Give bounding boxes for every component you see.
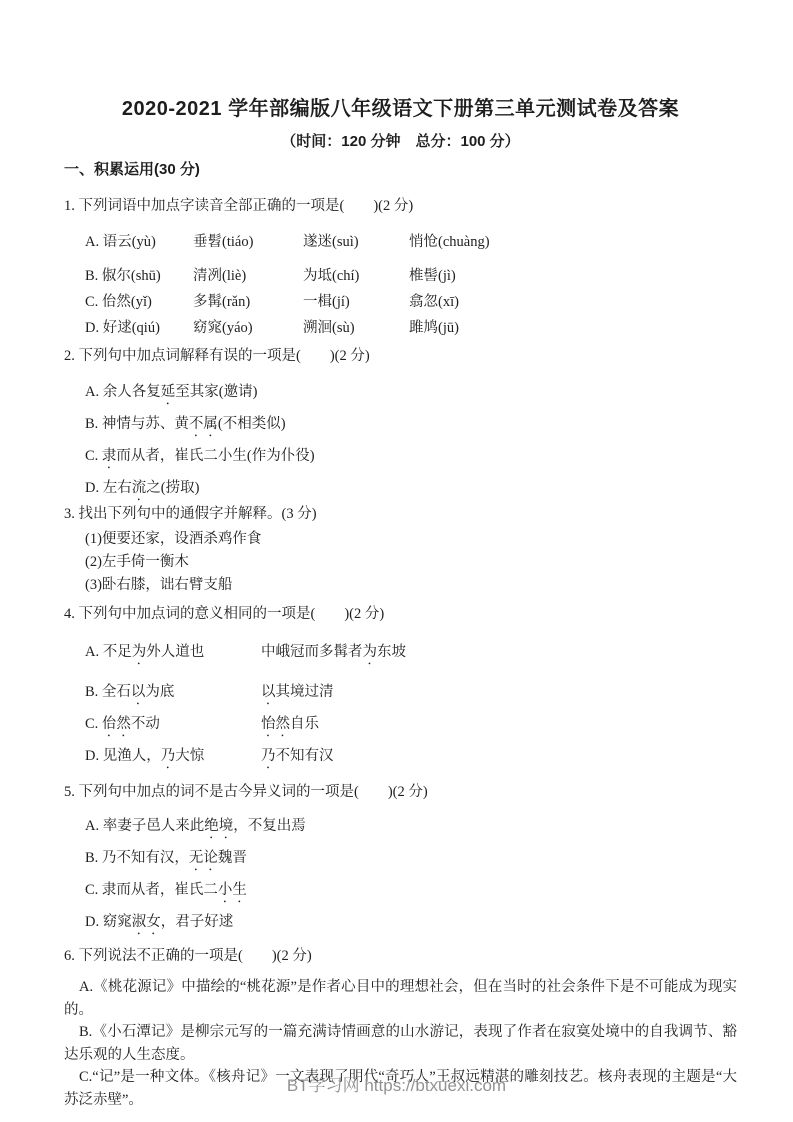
exam-document-page: 2020-2021 学年部编版八年级语文下册第三单元测试卷及答案 （时间：120…	[0, 0, 793, 1122]
question-5-option-b: B. 乃不知有汉，无论魏晋	[85, 848, 737, 874]
emphasized-chars: 以	[261, 684, 276, 700]
emphasized-chars: 不属	[189, 416, 218, 432]
question-1-option-a: A. 语云(yù) 垂髫(tiáo) 遂迷(suì) 悄怆(chuàng)	[85, 232, 737, 252]
section-1-heading: 一、积累运用(30 分)	[64, 160, 737, 180]
question-5-stem: 5. 下列句中加点的词不是古今异义词的一项是( )(2 分)	[64, 782, 737, 802]
emphasized-chars: 隶	[102, 448, 117, 464]
question-3: 3. 找出下列句中的通假字并解释。(3 分) (1)便要还家，设酒杀鸡作食 (2…	[64, 504, 737, 596]
option-d-word-2: 窈窕(yáo)	[193, 318, 303, 338]
option-d-word-1: D. 好逑(qiú)	[85, 318, 193, 338]
watermark-footer: BT学习网 https://btxuexi.com	[0, 1071, 793, 1096]
emphasized-chars: 以	[131, 684, 146, 700]
question-5-option-c: C. 隶而从者，崔氏二小生	[85, 880, 737, 906]
question-5-option-a: A. 率妻子邑人来此绝境，不复出焉	[85, 816, 737, 842]
question-1-option-d: D. 好逑(qiú) 窈窕(yáo) 溯洄(sù) 雎鸠(jū)	[85, 318, 737, 338]
question-4: 4. 下列句中加点词的意义相同的一项是( )(2 分) A. 不足为外人道也 中…	[64, 604, 737, 772]
emphasized-chars: 为	[132, 644, 147, 660]
question-3-item-2: (2)左手倚一衡木	[85, 551, 737, 573]
option-c-word-3: 一楫(jí)	[303, 292, 409, 312]
option-a-word-1: A. 语云(yù)	[85, 232, 193, 252]
option-a-left-phrase: A. 不足为外人道也	[85, 642, 261, 668]
question-2: 2. 下列句中加点词解释有误的一项是( )(2 分) A. 余人各复延至其家(邀…	[64, 346, 737, 504]
option-a-word-3: 遂迷(suì)	[303, 232, 409, 252]
emphasized-chars: 小生	[218, 882, 247, 898]
question-6-option-a: A.《桃花源记》中描绘的“桃花源”是作者心目中的理想社会，但在当时的社会条件下是…	[64, 976, 737, 1021]
emphasized-chars: 无论	[189, 850, 218, 866]
option-a-right-phrase: 中峨冠而多髯者为东坡	[261, 642, 737, 668]
emphasized-chars: 流	[132, 480, 147, 496]
option-b-word-2: 清冽(liè)	[193, 266, 303, 286]
question-5-option-d: D. 窈窕淑女，君子好逑	[85, 912, 737, 938]
option-d-word-3: 溯洄(sù)	[303, 318, 409, 338]
option-c-word-4: 翕忽(xī)	[409, 292, 737, 312]
option-d-right-phrase: 乃不知有汉	[261, 746, 737, 772]
emphasized-chars: 乃	[161, 748, 176, 764]
emphasized-chars: 绝境	[204, 818, 233, 834]
option-b-word-1: B. 俶尔(shū)	[85, 266, 193, 286]
emphasized-chars: 延	[161, 384, 176, 400]
option-c-left-phrase: C. 佁然不动	[85, 714, 261, 740]
question-1-stem: 1. 下列词语中加点字读音全部正确的一项是( )(2 分)	[64, 196, 737, 216]
question-6-stem: 6. 下列说法不正确的一项是( )(2 分)	[64, 946, 737, 966]
question-4-option-b: B. 全石以为底 以其境过清	[85, 682, 737, 708]
emphasized-chars: 淑女	[132, 914, 161, 930]
page-title: 2020-2021 学年部编版八年级语文下册第三单元测试卷及答案	[64, 96, 737, 122]
question-6-option-b: B.《小石潭记》是柳宗元写的一篇充满诗情画意的山水游记，表现了作者在寂寞处境中的…	[64, 1021, 737, 1066]
question-2-option-d: D. 左右流之(捞取)	[85, 478, 737, 504]
question-4-option-d: D. 见渔人，乃大惊 乃不知有汉	[85, 746, 737, 772]
option-d-left-phrase: D. 见渔人，乃大惊	[85, 746, 261, 772]
emphasized-chars: 怡然	[261, 716, 290, 732]
question-3-item-1: (1)便要还家，设酒杀鸡作食	[85, 528, 737, 550]
emphasized-chars: 佁然	[102, 716, 131, 732]
option-b-right-phrase: 以其境过清	[261, 682, 737, 708]
question-1-option-c: C. 佁然(yǐ) 多髯(rǎn) 一楫(jí) 翕忽(xī)	[85, 292, 737, 312]
emphasized-chars: 乃	[261, 748, 276, 764]
option-c-word-2: 多髯(rǎn)	[193, 292, 303, 312]
question-5: 5. 下列句中加点的词不是古今异义词的一项是( )(2 分) A. 率妻子邑人来…	[64, 782, 737, 938]
option-c-word-1: C. 佁然(yǐ)	[85, 292, 193, 312]
option-b-word-3: 为坻(chí)	[303, 266, 409, 286]
question-1: 1. 下列词语中加点字读音全部正确的一项是( )(2 分) A. 语云(yù) …	[64, 196, 737, 338]
question-2-stem: 2. 下列句中加点词解释有误的一项是( )(2 分)	[64, 346, 737, 366]
question-2-option-c: C. 隶而从者，崔氏二小生(作为仆役)	[85, 446, 737, 472]
emphasized-chars: 为	[363, 644, 378, 660]
question-3-stem: 3. 找出下列句中的通假字并解释。(3 分)	[64, 504, 737, 524]
option-b-left-phrase: B. 全石以为底	[85, 682, 261, 708]
option-d-word-4: 雎鸠(jū)	[409, 318, 737, 338]
question-2-option-b: B. 神情与苏、黄不属(不相类似)	[85, 414, 737, 440]
question-3-item-3: (3)卧右膝，诎右臂支船	[85, 574, 737, 596]
question-1-option-b: B. 俶尔(shū) 清冽(liè) 为坻(chí) 椎髻(jì)	[85, 266, 737, 286]
question-2-option-a: A. 余人各复延至其家(邀请)	[85, 382, 737, 408]
option-b-word-4: 椎髻(jì)	[409, 266, 737, 286]
question-4-option-a: A. 不足为外人道也 中峨冠而多髯者为东坡	[85, 642, 737, 668]
exam-time-score-meta: （时间：120 分钟 总分：100 分）	[64, 132, 737, 152]
option-a-word-2: 垂髫(tiáo)	[193, 232, 303, 252]
question-4-option-c: C. 佁然不动 怡然自乐	[85, 714, 737, 740]
option-c-right-phrase: 怡然自乐	[261, 714, 737, 740]
question-4-stem: 4. 下列句中加点词的意义相同的一项是( )(2 分)	[64, 604, 737, 624]
option-a-word-4: 悄怆(chuàng)	[409, 232, 737, 252]
